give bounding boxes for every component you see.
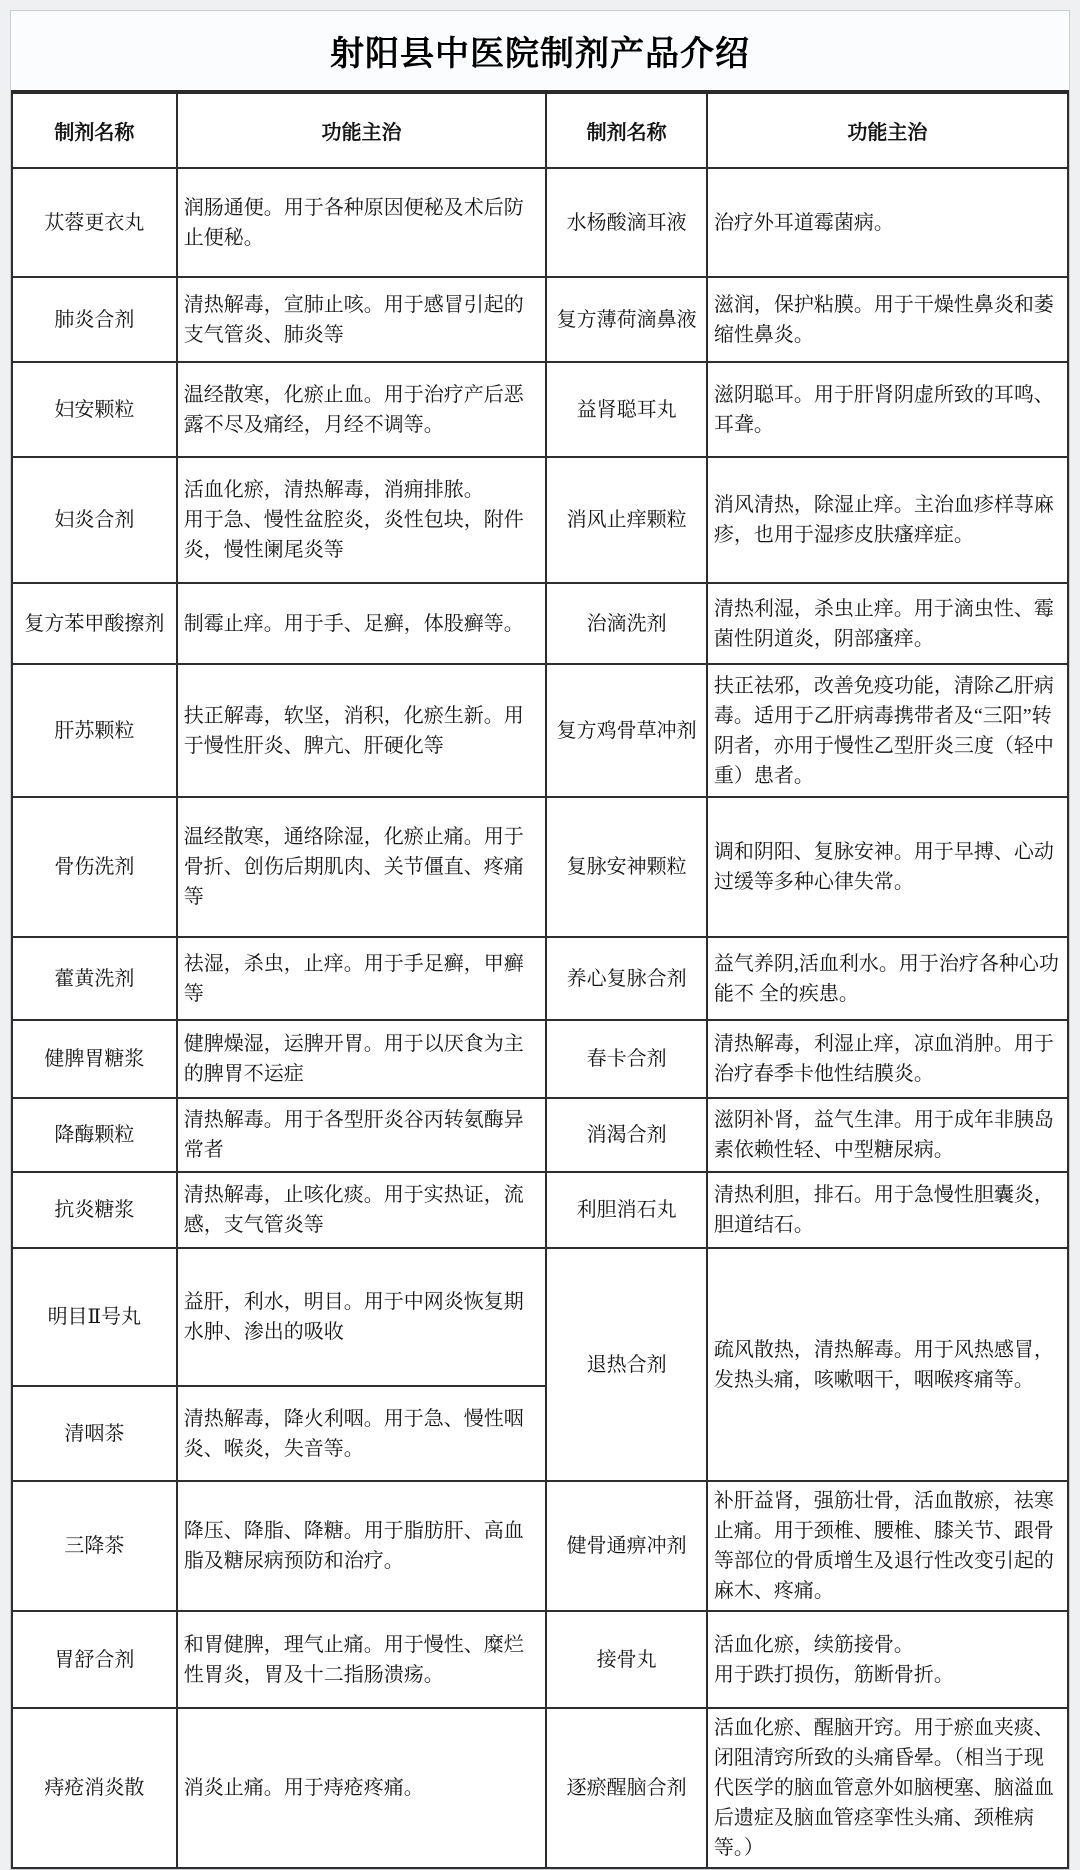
preparation-name: 痔疮消炎散 (12, 1708, 177, 1868)
table-row: 健脾胃糖浆 健脾燥湿，运脾开胃。用于以厌食为主的脾胃不运症 春卡合剂 清热解毒，… (12, 1020, 1068, 1098)
preparation-name: 抗炎糖浆 (12, 1172, 177, 1248)
preparation-function: 滋阴补肾，益气生津。用于成年非胰岛素依赖性轻、中型糖尿病。 (707, 1098, 1068, 1172)
table-row: 抗炎糖浆 清热解毒，止咳化痰。用于实热证，流感，支气管炎等 利胆消石丸 清热利胆… (12, 1172, 1068, 1248)
preparation-function: 活血化瘀，续筋接骨。 用于跌打损伤，筋断骨折。 (707, 1611, 1068, 1708)
preparation-function: 健脾燥湿，运脾开胃。用于以厌食为主的脾胃不运症 (177, 1020, 547, 1098)
preparation-function: 调和阴阳、复脉安神。用于早搏、心动过缓等多种心律失常。 (707, 797, 1068, 937)
preparation-function: 清热解毒，降火利咽。用于急、慢性咽炎、喉炎，失音等。 (177, 1386, 547, 1481)
preparation-name: 益肾聪耳丸 (546, 362, 707, 457)
preparation-name: 肝苏颗粒 (12, 664, 177, 797)
preparation-function: 清热利胆，排石。用于急慢性胆囊炎，胆道结石。 (707, 1172, 1068, 1248)
preparation-function: 消风清热，除湿止痒。主治血疹样荨麻疹，也用于湿疹皮肤瘙痒症。 (707, 457, 1068, 583)
preparation-function: 润肠通便。用于各种原因便秘及术后防止便秘。 (177, 168, 547, 277)
preparation-function: 补肝益肾，强筋壮骨，活血散瘀，祛寒止痛。用于颈椎、腰椎、膝关节、跟骨等部位的骨质… (707, 1481, 1068, 1611)
table-row: 妇炎合剂 活血化瘀，清热解毒，消痈排脓。 用于急、慢性盆腔炎，炎性包块，附件炎，… (12, 457, 1068, 583)
preparation-function: 制霉止痒。用于手、足癣，体股癣等。 (177, 583, 547, 664)
preparation-name: 明目Ⅱ号丸 (12, 1248, 177, 1386)
preparation-function: 治疗外耳道霉菌病。 (707, 168, 1068, 277)
preparation-name: 水杨酸滴耳液 (546, 168, 707, 277)
preparation-name: 逐瘀醒脑合剂 (546, 1708, 707, 1868)
preparation-name: 健脾胃糖浆 (12, 1020, 177, 1098)
table-row: 明目Ⅱ号丸 益肝，利水，明目。用于中网炎恢复期水肿、渗出的吸收 退热合剂 疏风散… (12, 1248, 1068, 1386)
table-row: 藿黄洗剂 祛湿，杀虫，止痒。用于手足癣，甲癣等 养心复脉合剂 益气养阴,活血利水… (12, 937, 1068, 1020)
preparation-function: 清热利湿，杀虫止痒。用于滴虫性、霉菌性阴道炎，阴部瘙痒。 (707, 583, 1068, 664)
preparation-function: 益肝，利水，明目。用于中网炎恢复期水肿、渗出的吸收 (177, 1248, 547, 1386)
table-row: 三降茶 降压、降脂、降糖。用于脂肪肝、高血脂及糖尿病预防和治疗。 健骨通痹冲剂 … (12, 1481, 1068, 1611)
preparation-name: 藿黄洗剂 (12, 937, 177, 1020)
preparation-name: 妇安颗粒 (12, 362, 177, 457)
preparation-name: 春卡合剂 (546, 1020, 707, 1098)
table-row: 苁蓉更衣丸 润肠通便。用于各种原因便秘及术后防止便秘。 水杨酸滴耳液 治疗外耳道… (12, 168, 1068, 277)
preparation-name: 降酶颗粒 (12, 1098, 177, 1172)
table-row: 胃舒合剂 和胃健脾，理气止痛。用于慢性、糜烂性胃炎，胃及十二指肠溃疡。 接骨丸 … (12, 1611, 1068, 1708)
preparation-function: 扶正解毒，软坚，消积，化瘀生新。用于慢性肝炎、脾亢、肝硬化等 (177, 664, 547, 797)
preparation-name: 养心复脉合剂 (546, 937, 707, 1020)
preparation-function: 活血化瘀、醒脑开窍。用于瘀血夹痰、闭阻清窍所致的头痛昏晕。（相当于现代医学的脑血… (707, 1708, 1068, 1868)
page-title: 射阳县中医院制剂产品介绍 (330, 26, 750, 75)
preparation-function: 清热解毒，宣肺止咳。用于感冒引起的支气管炎、肺炎等 (177, 277, 547, 362)
preparation-function: 消炎止痛。用于痔疮疼痛。 (177, 1708, 547, 1868)
header-row: 制剂名称 功能主治 制剂名称 功能主治 (12, 92, 1068, 168)
preparation-name: 清咽茶 (12, 1386, 177, 1481)
table-row: 痔疮消炎散 消炎止痛。用于痔疮疼痛。 逐瘀醒脑合剂 活血化瘀、醒脑开窍。用于瘀血… (12, 1708, 1068, 1868)
preparation-function: 和胃健脾，理气止痛。用于慢性、糜烂性胃炎，胃及十二指肠溃疡。 (177, 1611, 547, 1708)
preparations-table: 制剂名称 功能主治 制剂名称 功能主治 苁蓉更衣丸 润肠通便。用于各种原因便秘及… (11, 90, 1069, 1869)
preparation-name: 健骨通痹冲剂 (546, 1481, 707, 1611)
preparation-function: 清热解毒。用于各型肝炎谷丙转氨酶异常者 (177, 1098, 547, 1172)
preparation-function: 扶正祛邪，改善免疫功能，清除乙肝病毒。适用于乙肝病毒携带者及“三阳”转阴者，亦用… (707, 664, 1068, 797)
preparation-name: 消风止痒颗粒 (546, 457, 707, 583)
preparation-name: 复方薄荷滴鼻液 (546, 277, 707, 362)
preparation-function: 活血化瘀，清热解毒，消痈排脓。 用于急、慢性盆腔炎，炎性包块，附件炎，慢性阑尾炎… (177, 457, 547, 583)
preparation-function: 清热解毒，利湿止痒，凉血消肿。用于治疗春季卡他性结膜炎。 (707, 1020, 1068, 1098)
preparation-function: 清热解毒，止咳化痰。用于实热证，流感，支气管炎等 (177, 1172, 547, 1248)
preparation-function: 温经散寒，通络除湿，化瘀止痛。用于骨折、创伤后期肌肉、关节僵直、疼痛等 (177, 797, 547, 937)
preparation-function: 滋润，保护粘膜。用于干燥性鼻炎和萎缩性鼻炎。 (707, 277, 1068, 362)
preparation-name: 三降茶 (12, 1481, 177, 1611)
preparation-function: 益气养阴,活血利水。用于治疗各种心功能不 全的疾患。 (707, 937, 1068, 1020)
preparation-name: 骨伤洗剂 (12, 797, 177, 937)
column-header-function-left: 功能主治 (177, 92, 547, 168)
preparation-name-merged: 退热合剂 (546, 1248, 707, 1481)
column-header-function-right: 功能主治 (707, 92, 1068, 168)
table-row: 复方苯甲酸擦剂 制霉止痒。用于手、足癣，体股癣等。 治滴洗剂 清热利湿，杀虫止痒… (12, 583, 1068, 664)
table-row: 妇安颗粒 温经散寒，化瘀止血。用于治疗产后恶露不尽及痛经，月经不调等。 益肾聪耳… (12, 362, 1068, 457)
preparation-name: 妇炎合剂 (12, 457, 177, 583)
column-header-name-right: 制剂名称 (546, 92, 707, 168)
preparation-name: 接骨丸 (546, 1611, 707, 1708)
title-bar: 射阳县中医院制剂产品介绍 (11, 11, 1069, 90)
preparation-name: 胃舒合剂 (12, 1611, 177, 1708)
preparation-function: 降压、降脂、降糖。用于脂肪肝、高血脂及糖尿病预防和治疗。 (177, 1481, 547, 1611)
preparation-name: 消渴合剂 (546, 1098, 707, 1172)
column-header-name-left: 制剂名称 (12, 92, 177, 168)
preparation-name: 复方苯甲酸擦剂 (12, 583, 177, 664)
table-row: 肝苏颗粒 扶正解毒，软坚，消积，化瘀生新。用于慢性肝炎、脾亢、肝硬化等 复方鸡骨… (12, 664, 1068, 797)
preparation-function: 滋阴聪耳。用于肝肾阴虚所致的耳鸣、耳聋。 (707, 362, 1068, 457)
table-row: 骨伤洗剂 温经散寒，通络除湿，化瘀止痛。用于骨折、创伤后期肌肉、关节僵直、疼痛等… (12, 797, 1068, 937)
document-page: 射阳县中医院制剂产品介绍 制剂名称 功能主治 制剂名称 功能主治 苁蓉更衣丸 润… (10, 10, 1070, 1870)
preparation-function-merged: 疏风散热，清热解毒。用于风热感冒，发热头痛，咳嗽咽干，咽喉疼痛等。 (707, 1248, 1068, 1481)
preparation-function: 祛湿，杀虫，止痒。用于手足癣，甲癣等 (177, 937, 547, 1020)
preparation-name: 苁蓉更衣丸 (12, 168, 177, 277)
preparation-name: 治滴洗剂 (546, 583, 707, 664)
preparation-name: 肺炎合剂 (12, 277, 177, 362)
preparation-name: 复方鸡骨草冲剂 (546, 664, 707, 797)
preparation-name: 利胆消石丸 (546, 1172, 707, 1248)
table-row: 肺炎合剂 清热解毒，宣肺止咳。用于感冒引起的支气管炎、肺炎等 复方薄荷滴鼻液 滋… (12, 277, 1068, 362)
table-row: 降酶颗粒 清热解毒。用于各型肝炎谷丙转氨酶异常者 消渴合剂 滋阴补肾，益气生津。… (12, 1098, 1068, 1172)
preparation-name: 复脉安神颗粒 (546, 797, 707, 937)
preparation-function: 温经散寒，化瘀止血。用于治疗产后恶露不尽及痛经，月经不调等。 (177, 362, 547, 457)
